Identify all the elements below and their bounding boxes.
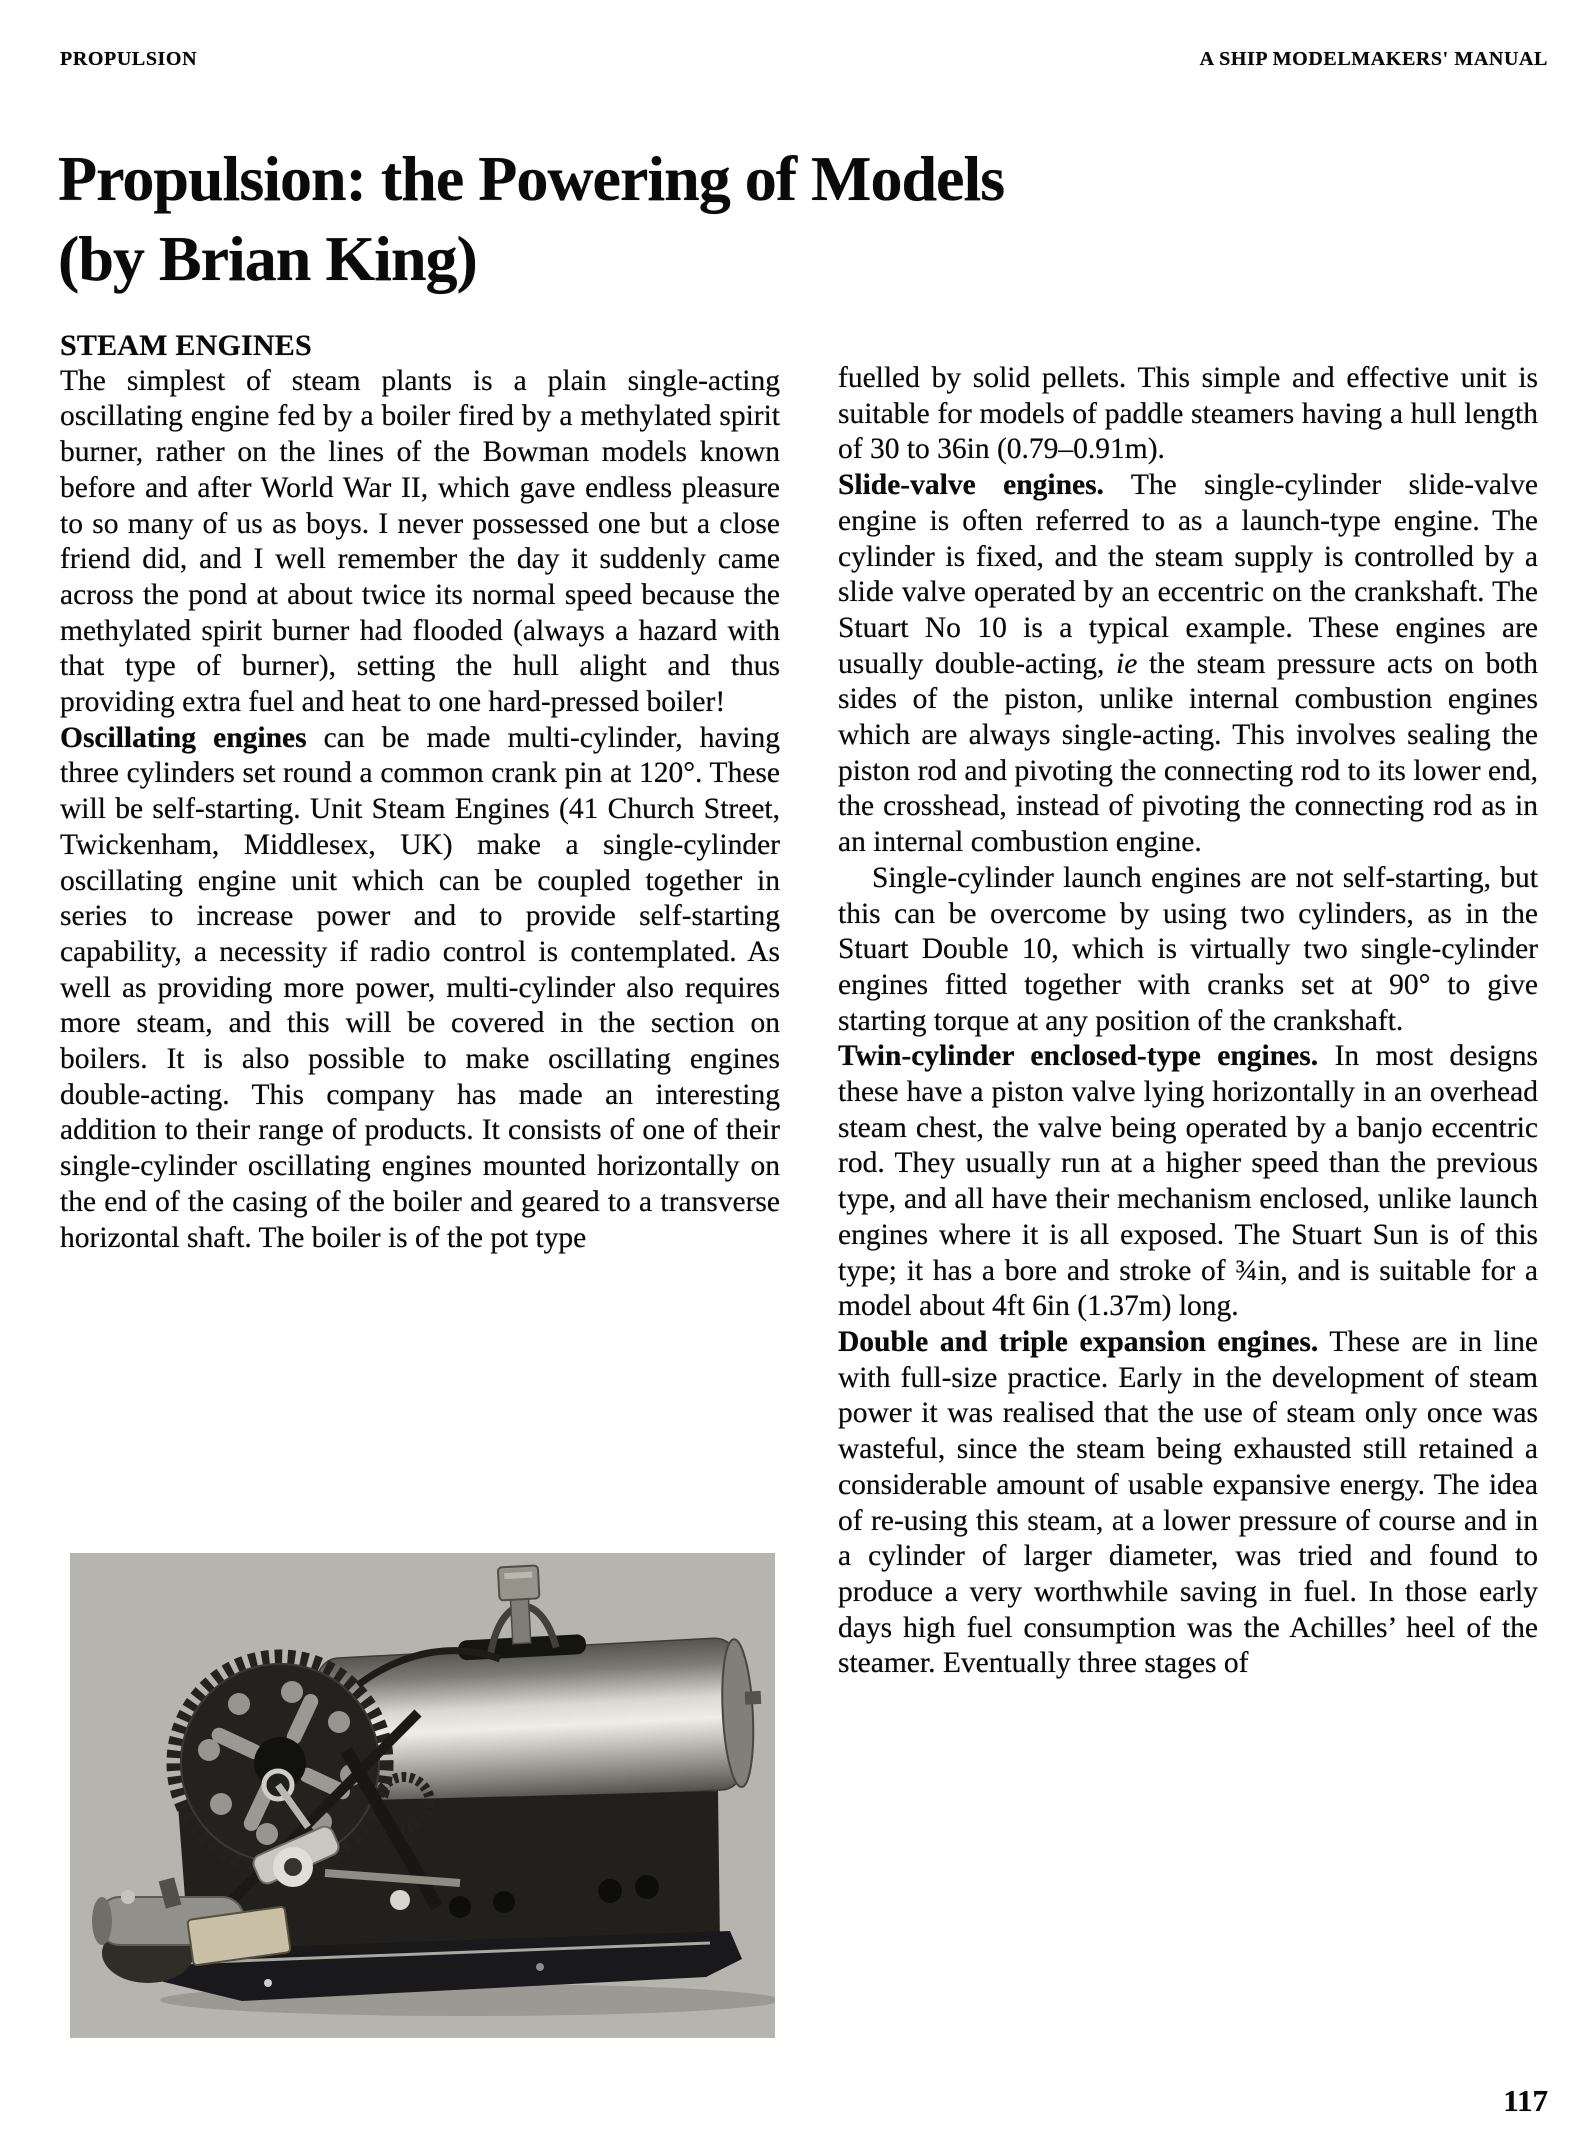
- left-paragraph-2: Oscillating engines can be made multi-cy…: [60, 721, 780, 1257]
- left-paragraph-1: The simplest of steam plants is a plain …: [60, 364, 780, 721]
- gear-hole-3: [256, 1823, 278, 1845]
- left-paragraph-2-text: can be made multi-cylinder, having three…: [60, 722, 780, 1254]
- runin-head-expansion-engines: Double and triple expansion engines.: [838, 1326, 1318, 1358]
- running-head-right: A SHIP MODELMAKERS' MANUAL: [1200, 48, 1548, 71]
- firebox-hole-3: [598, 1879, 622, 1903]
- right-paragraph-4: Twin-cylinder enclosed-type engines. In …: [838, 1039, 1538, 1325]
- right-column: fuelled by solid pellets. This simple an…: [838, 361, 1538, 1682]
- gear-hole-4: [210, 1793, 232, 1815]
- flange-screw-1: [264, 1979, 272, 1987]
- runin-head-slide-valve-engines: Slide-valve engines.: [838, 469, 1104, 501]
- burner-filler-dot: [121, 1890, 135, 1904]
- gear-hole-7: [281, 1681, 303, 1703]
- running-head-left: PROPULSION: [60, 48, 197, 71]
- right-paragraph-4-text: In most designs these have a piston valv…: [838, 1040, 1538, 1322]
- burner-end-cap: [92, 1897, 112, 1945]
- steam-engine-illustration: [70, 1553, 775, 2038]
- gear-hole-6: [228, 1693, 250, 1715]
- running-head: PROPULSION A SHIP MODELMAKERS' MANUAL: [60, 48, 1548, 71]
- flange-screw-2: [536, 1963, 544, 1971]
- firebox-hole-2: [493, 1891, 515, 1913]
- page-title-line2: (by Brian King): [58, 223, 477, 294]
- right-paragraph-5-text: These are in line with full-size practic…: [838, 1326, 1538, 1679]
- right-paragraph-5: Double and triple expansion engines. The…: [838, 1325, 1538, 1682]
- gear-hole-8: [328, 1711, 350, 1733]
- runin-head-oscillating-engines: Oscillating engines: [60, 722, 307, 754]
- boiler-outlet-stub: [745, 1691, 762, 1705]
- page-number: 117: [1503, 2083, 1548, 2119]
- right-paragraph-3: Single-cylinder launch engines are not s…: [838, 861, 1538, 1040]
- right-paragraph-1: fuelled by solid pellets. This simple an…: [838, 361, 1538, 468]
- section-heading-steam-engines: STEAM ENGINES: [60, 328, 780, 364]
- filler-cap-knob: [498, 1565, 540, 1600]
- firebox-hole-4: [635, 1875, 659, 1899]
- book-page: PROPULSION A SHIP MODELMAKERS' MANUAL Pr…: [0, 0, 1583, 2150]
- crosshead-boss-center: [284, 1858, 302, 1876]
- runin-head-twin-cylinder-engines: Twin-cylinder enclosed-type engines.: [838, 1040, 1318, 1072]
- firebox-hole-1: [449, 1896, 471, 1918]
- steam-engine-photo: [70, 1553, 775, 2038]
- left-column: STEAM ENGINES The simplest of steam plan…: [60, 328, 780, 1256]
- right-paragraph-2-italic-ie: ie: [1116, 648, 1137, 680]
- right-paragraph-2: Slide-valve engines. The single-cylinder…: [838, 468, 1538, 861]
- rod-pin: [390, 1890, 410, 1910]
- page-title-line1: Propulsion: the Powering of Models: [58, 143, 1004, 214]
- page-title: Propulsion: the Powering of Models (by B…: [58, 139, 1538, 299]
